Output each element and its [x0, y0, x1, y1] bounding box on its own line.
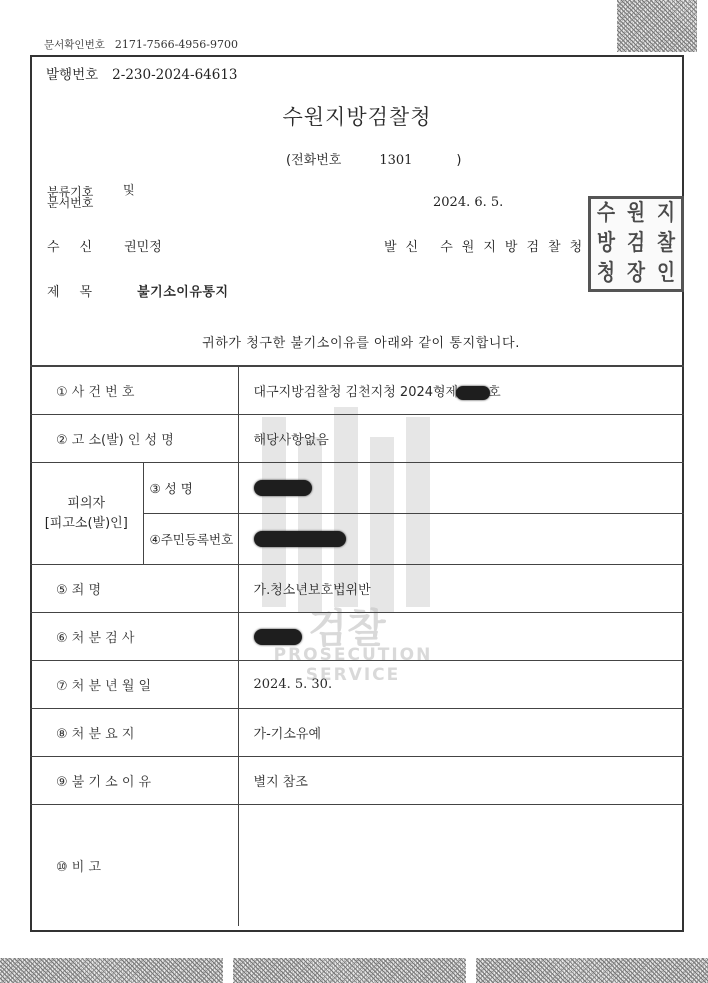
- table-row: ⑥ 처 분 검 사: [30, 613, 684, 661]
- table-row: ⑧ 처 분 요 지 가-기소유예: [30, 709, 684, 757]
- table-row: ② 고 소(발) 인 성 명 해당사항없음: [30, 415, 684, 463]
- table-row: ⑨ 불 기 소 이 유 별지 참조: [30, 757, 684, 805]
- recipient-name: 권민정: [124, 240, 162, 255]
- barcode-strip: [0, 958, 223, 983]
- table-row: ⑦ 처 분 년 월 일 2024. 5. 30.: [30, 661, 684, 709]
- doc-confirm-number: 2171-7566-4956-9700: [115, 38, 238, 51]
- redaction-mark: [254, 480, 312, 496]
- charge-name: 가.청소년보호법위반: [238, 565, 684, 613]
- disposition-date: 2024. 5. 30.: [238, 661, 684, 709]
- row-label: ⑤ 죄 명: [30, 565, 238, 613]
- non-prosecution-reason: 별지 참조: [238, 757, 684, 805]
- seal-char: 장: [623, 259, 649, 289]
- row-label: ④주민등록번호: [143, 514, 238, 565]
- disposition-summary: 가-기소유예: [238, 709, 684, 757]
- seal-char: 찰: [653, 229, 679, 259]
- table-row: ① 사 건 번 호 대구지방검찰청 김천지청 2024형제호: [30, 366, 684, 415]
- case-number: 대구지방검찰청 김천지청 2024형제호: [238, 366, 684, 415]
- subject-value: 불기소이유통지: [122, 285, 228, 300]
- phone-line: (전화번호1301): [286, 149, 461, 168]
- row-label: ① 사 건 번 호: [30, 366, 238, 415]
- row-label: ⑥ 처 분 검 사: [30, 613, 238, 661]
- complainant-name: 해당사항없음: [238, 415, 684, 463]
- seal-char: 원: [623, 199, 649, 229]
- issue-label: 발행번호: [46, 67, 98, 83]
- row-label: ② 고 소(발) 인 성 명: [30, 415, 238, 463]
- table-row: ⑤ 죄 명 가.청소년보호법위반: [30, 565, 684, 613]
- suspect-name: [238, 463, 684, 514]
- seal-char: 지: [653, 199, 679, 229]
- subject-label: 제목: [47, 285, 112, 300]
- barcode-strip: [233, 958, 466, 983]
- classification-line2: 문서번호: [47, 198, 93, 209]
- redaction-mark: [254, 531, 346, 547]
- row-label: ⑩ 비 고: [30, 805, 238, 927]
- classification: 분류기호 문서번호 및: [47, 187, 93, 209]
- document-confirmation: 문서확인번호2171-7566-4956-9700: [44, 37, 238, 52]
- phone-label: (전화번호: [286, 153, 341, 168]
- prosecutor-name: [238, 613, 684, 661]
- row-label: ⑧ 처 분 요 지: [30, 709, 238, 757]
- barcode-strip: [476, 958, 708, 983]
- issue-date: 2024. 6. 5.: [433, 195, 503, 210]
- phone-close: ): [456, 153, 461, 168]
- subject-line: 제목불기소이유통지: [47, 281, 229, 300]
- official-seal-icon: 수 원 지 방 검 찰 청 장 인: [588, 196, 684, 292]
- sender-line: 발신 수원지방검찰청장: [384, 236, 613, 255]
- seal-char: 인: [653, 259, 679, 289]
- row-label: ⑨ 불 기 소 이 유: [30, 757, 238, 805]
- qr-code: [617, 0, 697, 52]
- table-row: ⑩ 비 고: [30, 805, 684, 927]
- table-row: 피의자 [피고소(발)인] ③ 성 명: [30, 463, 684, 514]
- issue-value: 2-230-2024-64613: [112, 67, 237, 83]
- doc-confirm-label: 문서확인번호: [44, 39, 105, 51]
- agency-title: 수원지방검찰청: [32, 101, 682, 131]
- row-label: ③ 성 명: [143, 463, 238, 514]
- seal-char: 수: [593, 199, 619, 229]
- issue-number: 발행번호2-230-2024-64613: [46, 63, 238, 83]
- phone-number: 1301: [379, 153, 412, 168]
- seal-char: 청: [593, 259, 619, 289]
- recipient-line: 수신권민정: [47, 236, 162, 255]
- notice-table: ① 사 건 번 호 대구지방검찰청 김천지청 2024형제호 ② 고 소(발) …: [30, 365, 684, 926]
- seal-char: 검: [623, 229, 649, 259]
- redaction-mark: [456, 386, 490, 400]
- row-label: ⑦ 처 분 년 월 일: [30, 661, 238, 709]
- remarks: [238, 805, 684, 927]
- classification-and: 및: [123, 185, 135, 196]
- recipient-label: 수신: [47, 240, 112, 255]
- document-frame: 발행번호2-230-2024-64613 수원지방검찰청 (전화번호1301) …: [30, 55, 684, 932]
- resident-number: [238, 514, 684, 565]
- intro-text: 귀하가 청구한 불기소이유를 아래와 같이 통지합니다.: [32, 332, 682, 351]
- suspect-group-label: 피의자 [피고소(발)인]: [30, 463, 143, 565]
- redaction-mark: [254, 629, 302, 645]
- seal-char: 방: [593, 229, 619, 259]
